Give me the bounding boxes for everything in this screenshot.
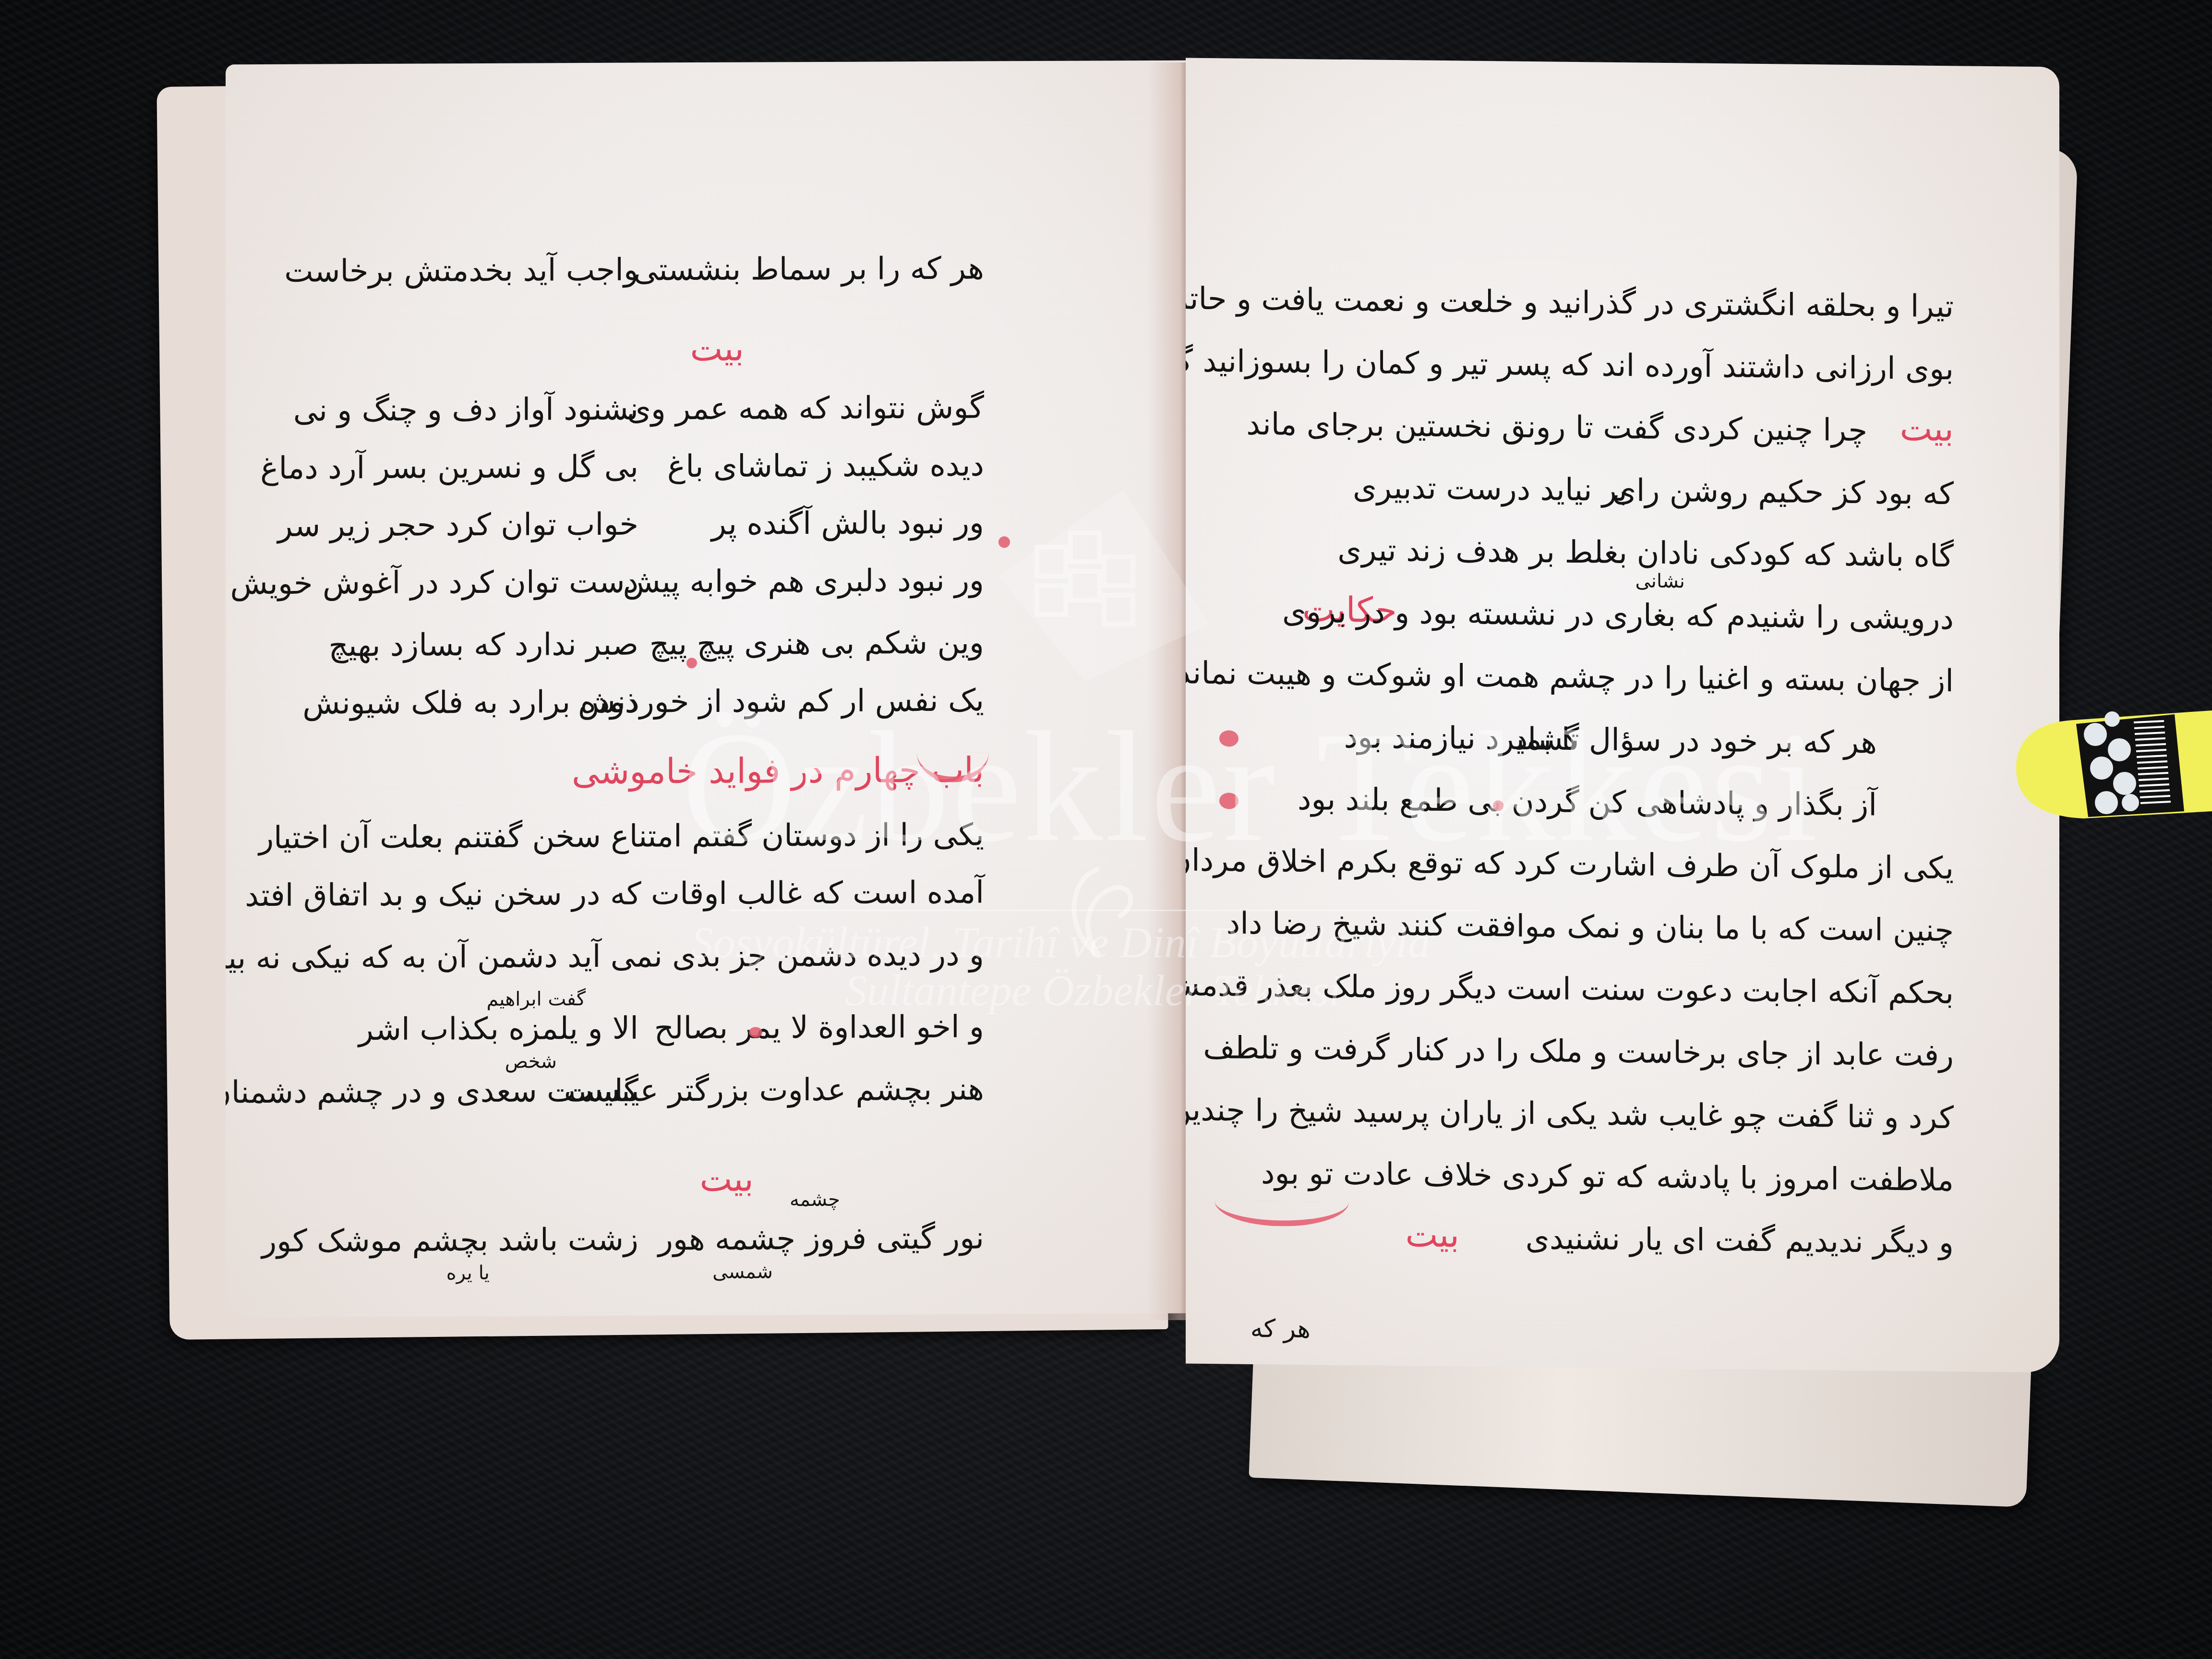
left-page: هر که را بر سماط بنشستی واجب آید بخدمتش … bbox=[226, 60, 1186, 1318]
red-verse-dot bbox=[749, 1027, 762, 1037]
verse-a: آز بگذار و پادشاهی کن bbox=[1588, 787, 1877, 820]
verse-4b: خواب توان کرد حجر زیر سر bbox=[278, 509, 638, 541]
verse-6a: وین شکم بی هنری پیچ پیچ bbox=[649, 627, 984, 660]
right-page-text: تیرا و بحلقه انگشتری در گذرانید و خلعت و… bbox=[1186, 58, 2059, 1372]
prose-line: چرا چنین کردی گفت تا رونق نخستین برجای م… bbox=[1246, 409, 1867, 446]
rubric-beyt: بیت bbox=[1900, 411, 1954, 446]
verse-10a: نور گیتی فروز چشمه هور bbox=[658, 1223, 984, 1255]
rubric-beyt-2: بیت bbox=[700, 1162, 754, 1196]
prose-line: ملاطفت امروز با پادشه که تو کردی خلاف عا… bbox=[1261, 1158, 1954, 1196]
prose-line-2: آمده است که غالب اوقات که در سخن نیک و ب… bbox=[245, 877, 984, 911]
prose-line-1: یکی را از دوستان گفتم امتناع سخن گفتنم ب… bbox=[259, 819, 984, 854]
verse-1b: واجب آید بخدمتش برخاست bbox=[284, 255, 638, 287]
rubric-beyt: بیت bbox=[690, 331, 744, 366]
prose-line: تیرا و بحلقه انگشتری در گذرانید و خلعت و… bbox=[1186, 283, 1954, 322]
verse-b: بغلط بر هدف زند تیری bbox=[1337, 535, 1627, 568]
left-page-text: هر که را بر سماط بنشستی واجب آید بخدمتش … bbox=[226, 60, 1186, 1318]
interlinear-note: شخص bbox=[505, 1052, 557, 1071]
watermark-divider bbox=[730, 910, 1479, 911]
verse-8b: الا و یلمزه بکذاب اشر bbox=[359, 1013, 638, 1046]
verse-3b: بی گل و نسرین بسر آرد دماغ bbox=[260, 452, 638, 484]
yellow-page-clip bbox=[2016, 691, 2212, 835]
open-manuscript-book: هر که را بر سماط بنشستی واجب آید بخدمتش … bbox=[158, 62, 2079, 1479]
verse-9b: گلیست سعدی و در چشم دشمنان خارست bbox=[226, 1076, 638, 1109]
verse-4a: ور نبود بالش آگنده پر bbox=[711, 507, 984, 539]
verse-8a: و اخو العداوة لا یمر بصالح bbox=[654, 1011, 984, 1044]
prose-line: درویشی را شنیدم که بغاری در نشسته بود و … bbox=[1282, 597, 1954, 635]
rubric-beyt: بیت bbox=[1406, 1217, 1459, 1252]
red-verse-dot bbox=[686, 658, 697, 668]
prose-line: بحکم آنکه اجابت دعوت سنت است دیگر روز مل… bbox=[1186, 970, 1954, 1009]
verse-6b: صبر ندارد که بسازد بهیچ bbox=[329, 629, 638, 661]
verse-5b: دست توان کرد در آغوش خویش bbox=[230, 567, 639, 600]
prose-line: یکی از ملوک آن طرف اشارت کرد که توقع بکر… bbox=[1186, 845, 1954, 884]
verse-a: که بود کز حکیم روشن رای bbox=[1612, 475, 1954, 509]
interlinear-note: شمسی bbox=[712, 1262, 773, 1282]
red-verse-mark bbox=[1219, 793, 1238, 809]
red-verse-mark bbox=[1219, 730, 1238, 746]
prose-line: رفت عابد از جای برخاست و ملک را در کنار … bbox=[1203, 1033, 1954, 1071]
verse-2b: نشنود آواز دف و چنگ و نی bbox=[293, 394, 638, 426]
tekke-building-logo-icon bbox=[979, 470, 1219, 686]
verse-5a: ور نبود دلبری هم خوابه پیش bbox=[623, 565, 984, 597]
verse-b: بر نیاید درست تدبیری bbox=[1353, 472, 1627, 506]
swirl-emblem-icon bbox=[1046, 859, 1152, 965]
prose-line: بوی ارزانی داشتند آورده اند که پسر تیر و… bbox=[1186, 345, 1954, 385]
red-verse-dot bbox=[1493, 800, 1503, 811]
verse-b: گردن بی طمع بلند بود bbox=[1298, 784, 1579, 817]
interlinear-note: چشمه bbox=[790, 1190, 840, 1209]
catchword: هر که bbox=[1250, 1316, 1310, 1342]
verse-2a: گوش نتواند که همه عمر وی bbox=[627, 392, 984, 424]
verse-3a: دیده شکیبد ز تماشای باغ bbox=[667, 450, 984, 482]
verse-7b: ذوده برارد به فلک شیونش bbox=[302, 687, 638, 719]
interlinear-note: گفت ابراهیم bbox=[487, 989, 586, 1009]
verse-a: گاه باشد که کودکی نادان bbox=[1636, 538, 1954, 572]
prose-line: از جهان بسته و اغنیا را در چشم همت او شو… bbox=[1186, 658, 1954, 697]
prose-line: کرد و ثنا گفت چو غایب شد یکی از یاران پر… bbox=[1186, 1094, 1954, 1133]
interlinear-note: نشانی bbox=[1635, 571, 1685, 591]
right-page: تیرا و بحلقه انگشتری در گذرانید و خلعت و… bbox=[1186, 58, 2059, 1372]
prose-line-3: و در دیده دشمن جز بدی نمی آید دشمن آن به… bbox=[226, 939, 984, 974]
interlinear-note: یا یره bbox=[446, 1263, 490, 1283]
prose-line: و دیگر ندیدیم گفت ای یار نشنیدی bbox=[1526, 1223, 1954, 1258]
verse-7a: یک نفس ار کم شود از خوردنش bbox=[578, 685, 984, 718]
verse-10b: زشت باشد بچشم موشک کور bbox=[262, 1225, 638, 1257]
verse-b: تا بمیرد نیازمند بود bbox=[1344, 722, 1579, 755]
verse-1a: هر که را بر سماط بنشستی bbox=[633, 253, 984, 285]
prose-line: چنین است که با ما بنان و نمک موافقت کنند… bbox=[1226, 908, 1954, 946]
